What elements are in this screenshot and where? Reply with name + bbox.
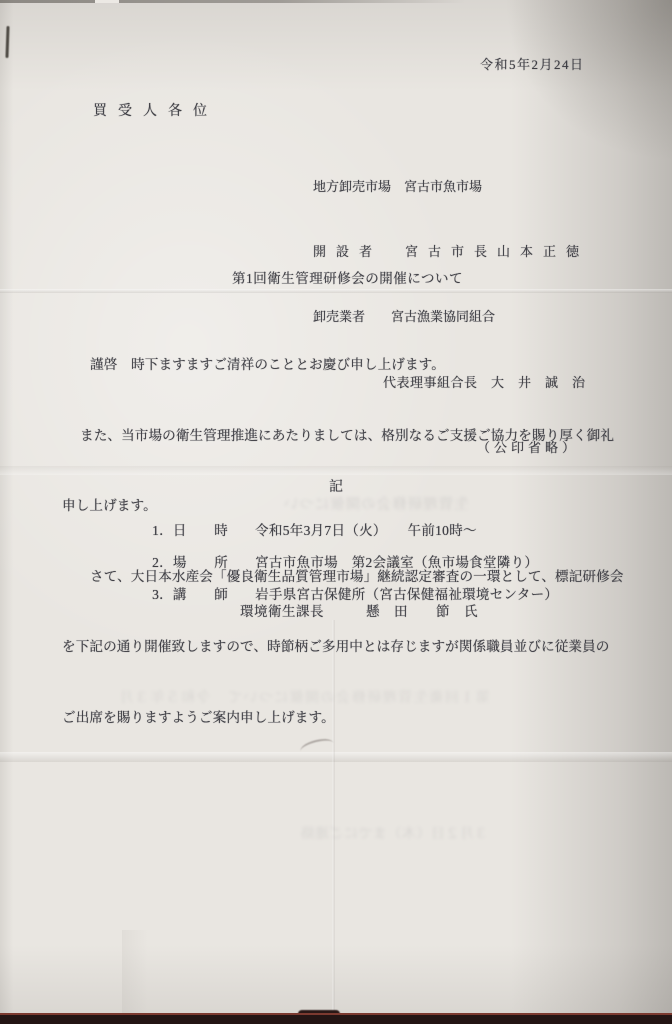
sender-market-line: 地方卸売市場 宮古市魚市場 bbox=[313, 176, 589, 198]
background-top-edge bbox=[0, 0, 465, 3]
vertical-fold-shading-left bbox=[122, 930, 148, 1016]
document-title: 第1回衛生管理研修会の開催について bbox=[232, 267, 463, 287]
showthrough-text-row: ３月２日（木）までにご連絡 bbox=[300, 823, 489, 843]
table-surface-bottom-edge bbox=[0, 1013, 672, 1024]
body-line: 謹啓 時下ますますご清祥のこととお慶び申し上げます。 bbox=[62, 353, 618, 377]
record-heading: 記 bbox=[0, 476, 672, 496]
body-line: また、当市場の衛生管理推進にあたりましては、格別なるご支援ご協力を賜り厚く御礼 bbox=[62, 424, 618, 448]
agenda-item-label: 3．講 師 bbox=[152, 587, 228, 602]
photographed-document: 生管理研修会の開催につい 第１回衛生管理研修会の開催について 令和５年３月 ３月… bbox=[0, 0, 672, 1024]
sender-founder-line: 開設者 宮古市長山本正徳 bbox=[313, 241, 589, 263]
body-line: ご出席を賜りますようご案内申し上げます。 bbox=[62, 706, 618, 730]
document-date: 令和5年2月24日 bbox=[480, 54, 585, 73]
body-line: を下記の通り開催致しますので、時節柄ご多用中とは存じますが関係職員並びに従業員の bbox=[62, 635, 618, 659]
paper-sheet: 生管理研修会の開催につい 第１回衛生管理研修会の開催について 令和５年３月 ３月… bbox=[0, 0, 672, 1016]
addressee-line: 買受人各位 bbox=[93, 100, 218, 120]
lecturer-name-line: 環境衛生課長 懸 田 節 氏 bbox=[240, 600, 478, 620]
background-top-edge-gap bbox=[95, 0, 119, 3]
